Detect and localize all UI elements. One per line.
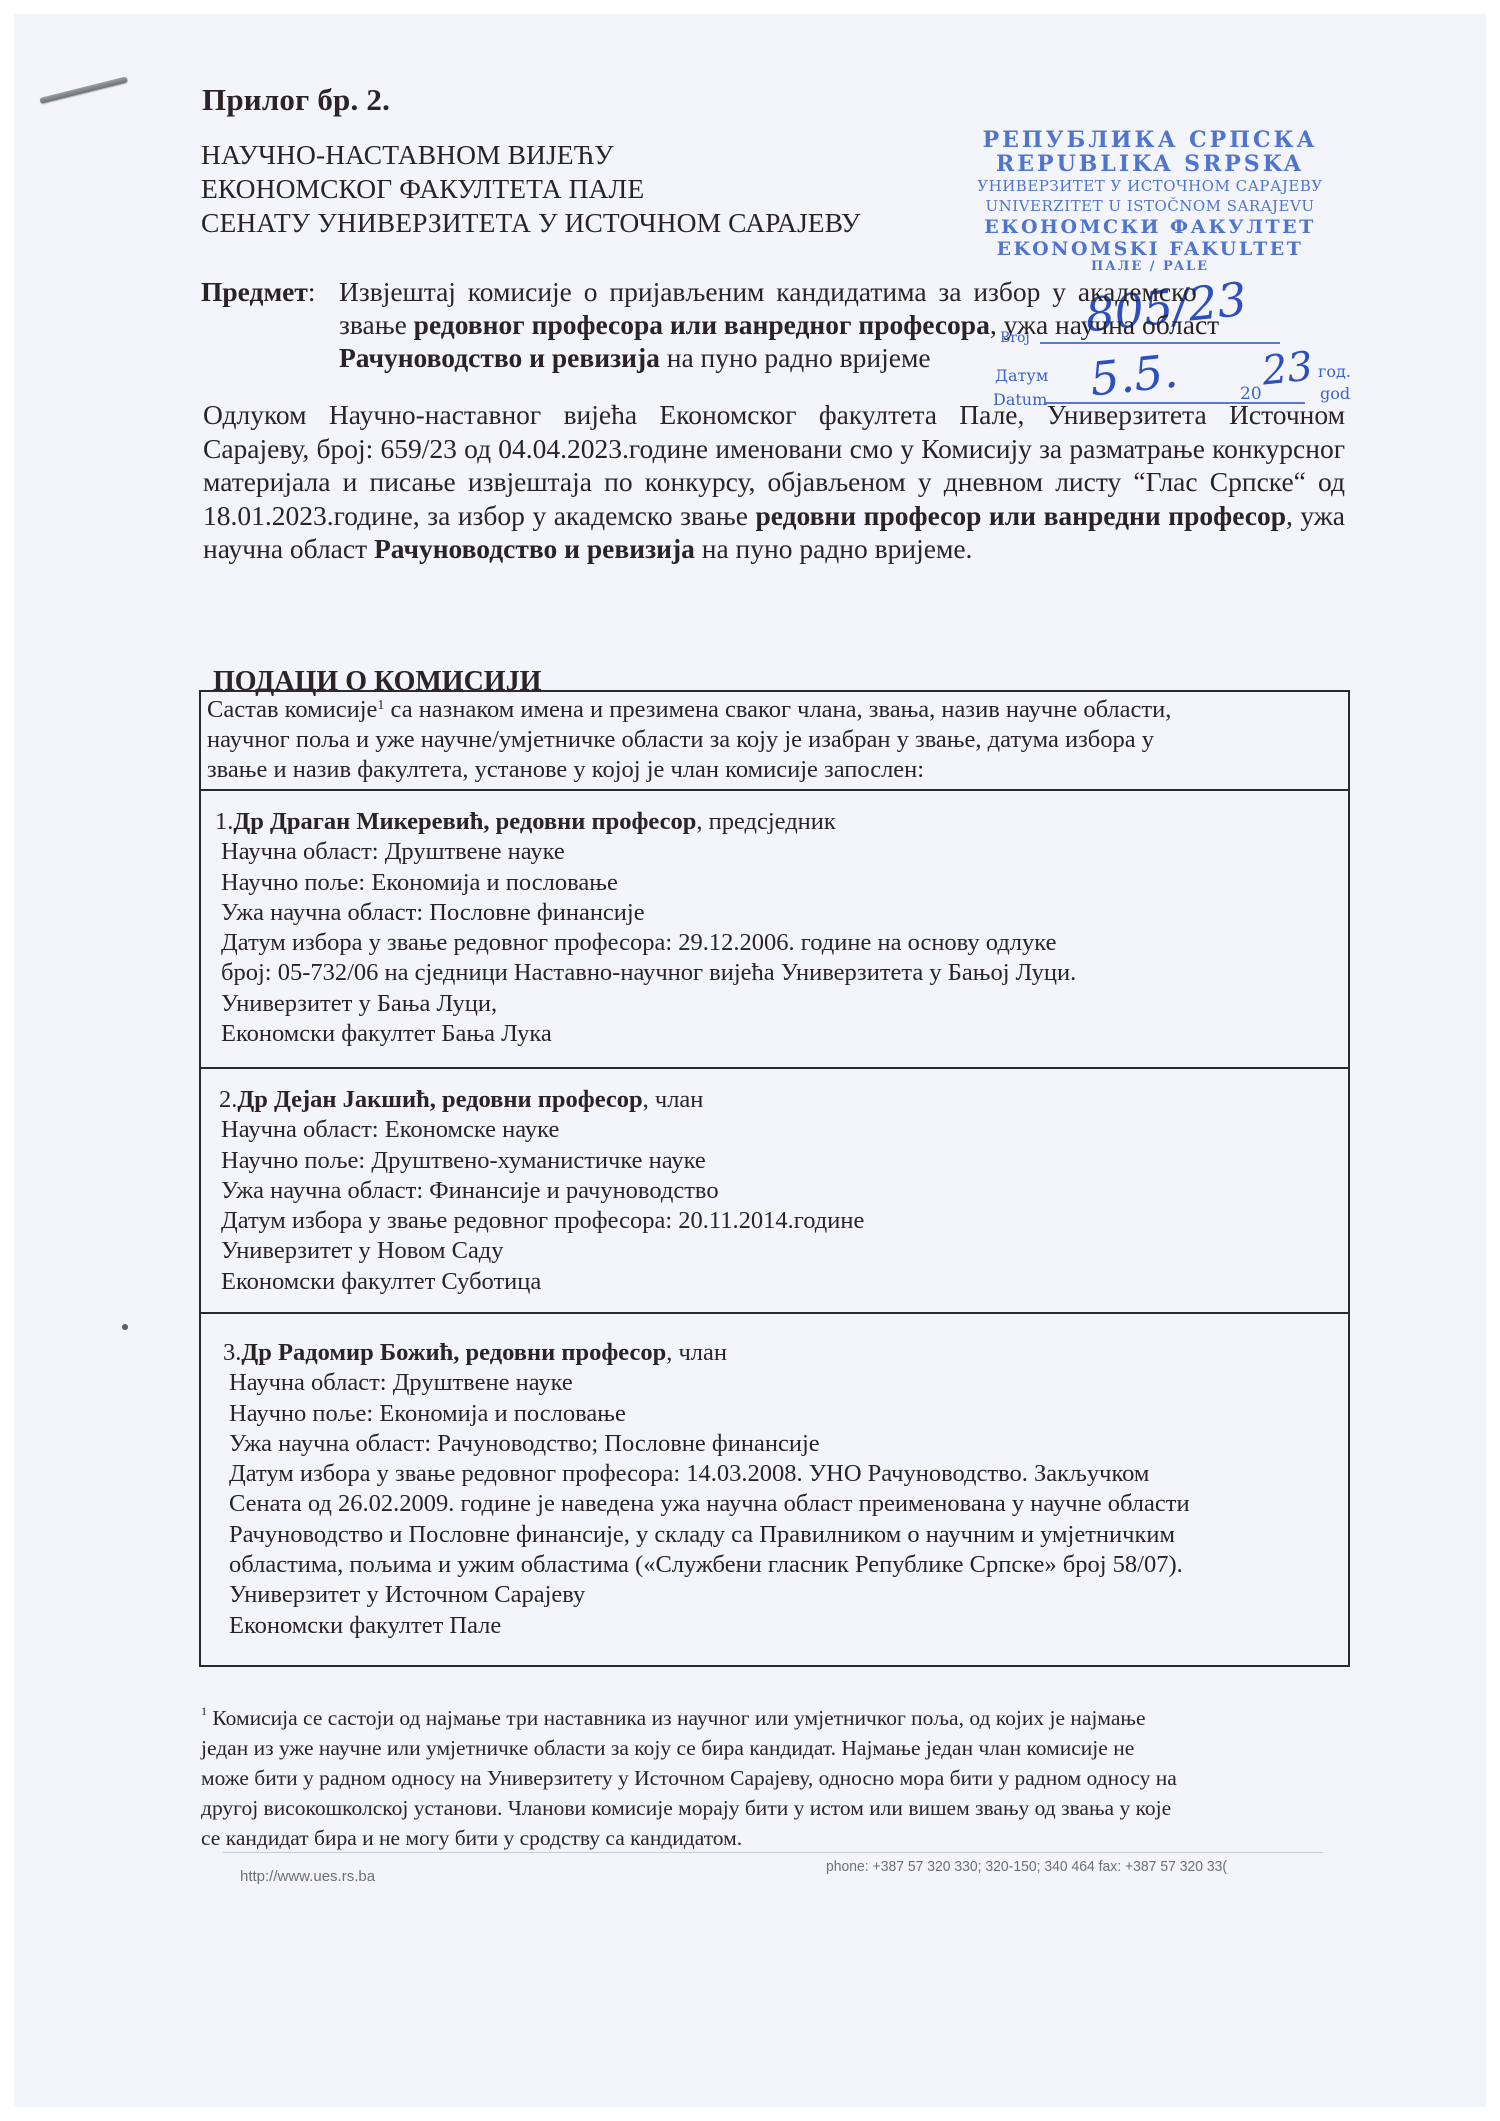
subject-line-1: Извјештај комисије о пријављеним кандида… <box>339 275 1341 308</box>
committee-table-header: Састав комисије1 са назнаком имена и пре… <box>200 691 1349 790</box>
member-heading: 1.Др Драган Микеревић, редовни професор,… <box>215 807 1338 837</box>
addressees-block: НАУЧНО-НАСТАВНОМ ВИЈЕЋУ ЕКОНОМСКОГ ФАКУЛ… <box>201 138 860 240</box>
decision-paragraph: Одлуком Научно-наставног вијећа Економск… <box>203 398 1345 566</box>
table-header-row: Састав комисије1 са назнаком имена и пре… <box>200 691 1349 790</box>
subject-block: Предмет: Извјештај комисије о пријављени… <box>201 275 1341 374</box>
member-heading: 3.Др Радомир Божић, редовни професор, чл… <box>215 1338 1338 1368</box>
subject-line-3: Рачуноводство и ревизија на пуно радно в… <box>339 341 1341 374</box>
committee-table: Састав комисије1 са назнаком имена и пре… <box>199 690 1350 1667</box>
addressee-line: СЕНАТУ УНИВЕРЗИТЕТА У ИСТОЧНОМ САРАЈЕВУ <box>201 206 860 240</box>
subject-line-2: звање редовног професора или ванредног п… <box>339 308 1341 341</box>
official-stamp: РЕПУБЛИКА СРПСКА REPUBLIKA SRPSKA УНИВЕР… <box>940 128 1360 274</box>
footer-contact: phone: +387 57 320 330; 320-150; 340 464… <box>826 1858 1227 1875</box>
table-row: 2.Др Дејан Јакшић, редовни професор, чла… <box>200 1068 1349 1313</box>
staple-mark <box>39 76 128 104</box>
footnote-ref: 1 <box>377 698 384 713</box>
stamp-line: UNIVERZITET U ISTOČNOM SARAJEVU <box>940 196 1360 216</box>
stamp-line: EKONOMSKI FAKULTET <box>940 238 1360 260</box>
footer-divider <box>223 1852 1323 1853</box>
committee-member-1: 1.Др Драган Микеревић, редовни професор,… <box>200 790 1349 1068</box>
stamp-line: ЕКОНОМСКИ ФАКУЛТЕТ <box>940 216 1360 238</box>
committee-member-3: 3.Др Радомир Божић, редовни професор, чл… <box>200 1313 1349 1666</box>
table-row: 1.Др Драган Микеревић, редовни професор,… <box>200 790 1349 1068</box>
subject-label: Предмет: <box>201 275 316 308</box>
table-row: 3.Др Радомир Божић, редовни професор, чл… <box>200 1313 1349 1666</box>
member-heading: 2.Др Дејан Јакшић, редовни професор, чла… <box>215 1085 1338 1115</box>
footer-website: http://www.ues.rs.ba <box>240 1868 375 1885</box>
committee-member-2: 2.Др Дејан Јакшић, редовни професор, чла… <box>200 1068 1349 1313</box>
annex-label: Прилог бр. 2. <box>202 82 390 118</box>
stamp-line: REPUBLIKA SRPSKA <box>940 152 1360 176</box>
footnote-mark: 1 <box>201 1704 207 1718</box>
subject-text: Извјештај комисије о пријављеним кандида… <box>339 275 1341 374</box>
stamp-line: РЕПУБЛИКА СРПСКА <box>940 128 1360 152</box>
scan-speck <box>122 1324 128 1330</box>
addressee-line: ЕКОНОМСКОГ ФАКУЛТЕТА ПАЛЕ <box>201 172 860 206</box>
stamp-line: УНИВЕРЗИТЕТ У ИСТОЧНОМ САРАЈЕВУ <box>940 176 1360 196</box>
footnote: 1 Комисија се састоји од најмање три нас… <box>201 1698 1351 1853</box>
addressee-line: НАУЧНО-НАСТАВНОМ ВИЈЕЋУ <box>201 138 860 172</box>
stamp-line: ПАЛЕ / PALE <box>940 260 1360 274</box>
